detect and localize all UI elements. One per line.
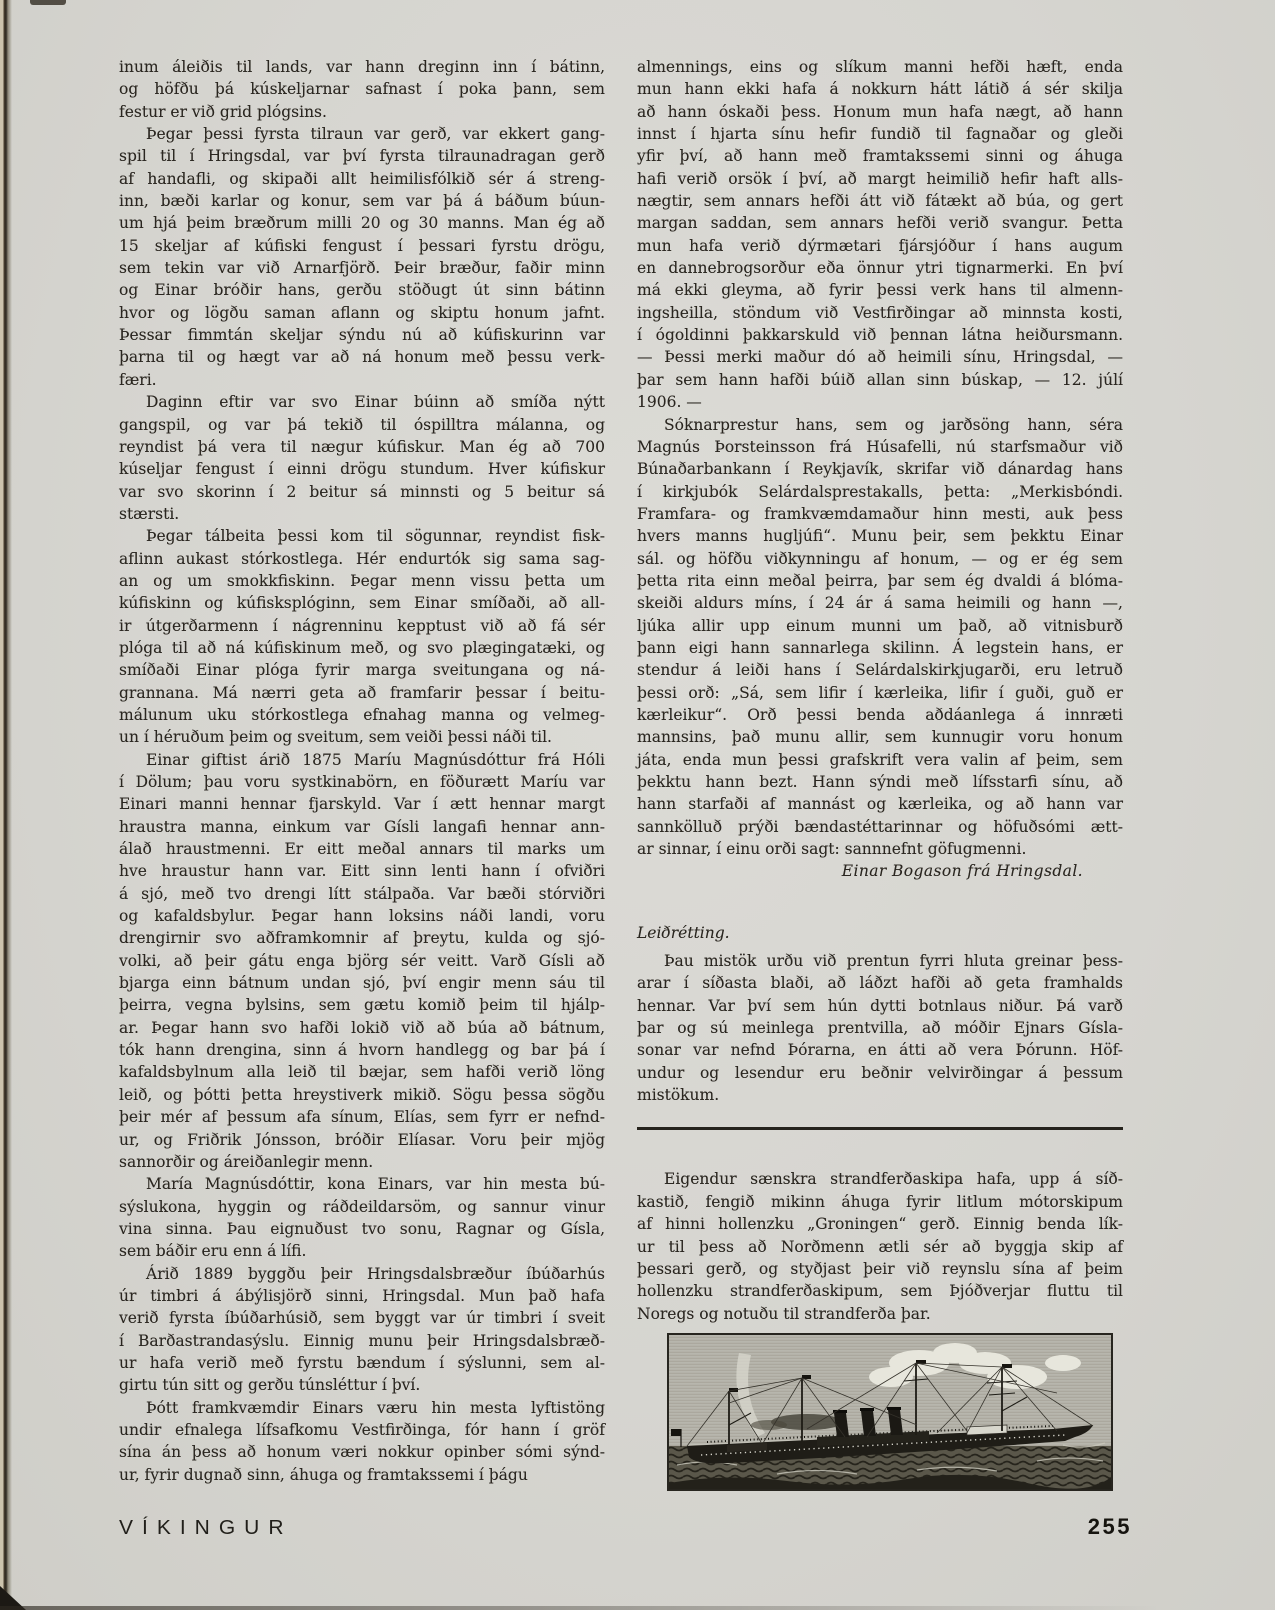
text-line: Eigendur sænskra strandferðaskipa hafa, … xyxy=(637,1168,1123,1190)
right-text-column: almennings, eins og slíkum manni hefði h… xyxy=(637,56,1123,1491)
text-line: álað hraustmenni. Er eitt meðal annars t… xyxy=(119,838,605,860)
text-line: stærsti. xyxy=(119,503,605,525)
paragraph: Árið 1889 byggðu þeir Hringsdalsbræður í… xyxy=(119,1263,605,1397)
text-line: þarna til og hægt var að ná honum með þe… xyxy=(119,346,605,368)
paragraph: Þau mistök urðu við prentun fyrri hluta … xyxy=(637,950,1123,1106)
text-line: plóga til að ná kúfiskinum með, og svo p… xyxy=(119,637,605,659)
paragraph: Sóknarprestur hans, sem og jarðsöng hann… xyxy=(637,414,1123,861)
text-line: þessi orð: „Sá, sem lifir í kærleika, li… xyxy=(637,682,1123,704)
text-line: smíðaði Einar plóga fyrir marga sveitung… xyxy=(119,659,605,681)
text-line: sem báðir eru enn á lífi. xyxy=(119,1240,605,1262)
text-line: drengirnir svo aðframkomnir af þreytu, k… xyxy=(119,927,605,949)
text-line: Framfara- og framkvæmdamaður hinn mesti,… xyxy=(637,503,1123,525)
text-line: sýslukona, hyggin og ráðdeildarsöm, og s… xyxy=(119,1196,605,1218)
text-line: í Barðastrandasýslu. Einnig munu þeir Hr… xyxy=(119,1330,605,1352)
text-line: kærleikur“. Orð þessi benda aðdáanlega á… xyxy=(637,704,1123,726)
paragraph: almennings, eins og slíkum manni hefði h… xyxy=(637,56,1123,414)
text-line: skeiði aldurs míns, í 24 ár á sama heimi… xyxy=(637,592,1123,614)
text-line: hollenzku strandferðaskipum, sem Þjóðver… xyxy=(637,1280,1123,1302)
text-line: an og um smokkfiskinn. Þegar menn vissu … xyxy=(119,570,605,592)
magazine-title: VÍKINGUR xyxy=(119,1517,293,1540)
scan-bottom-edge xyxy=(0,1606,1160,1610)
text-line: aflinn aukast stórkostlega. Hér endurtók… xyxy=(119,548,605,570)
text-line: á sjó, með tvo drengi lítt stálpaða. Var… xyxy=(119,883,605,905)
text-line: ar sinnar, í einu orði sagt: sannnefnt g… xyxy=(637,838,1123,860)
text-line: volki, að þeir gátu enga björg sér veitt… xyxy=(119,950,605,972)
text-line: ir útgerðarmenn í nágrenninu kepptust vi… xyxy=(119,615,605,637)
text-line: hve hraustur hann var. Eitt sinn lenti h… xyxy=(119,860,605,882)
text-line: undir efnalega lífsafkomu Vestfirðinga, … xyxy=(119,1419,605,1441)
text-line: 1906. — xyxy=(637,391,1123,413)
paragraph: Einar giftist árið 1875 Maríu Magnúsdótt… xyxy=(119,749,605,1174)
text-line: en dannebrogsorður eða önnur ytri tignar… xyxy=(637,257,1123,279)
text-line: sál. og höfðu viðkynningu af honum, — og… xyxy=(637,548,1123,570)
section-divider xyxy=(637,1127,1123,1130)
text-line: þann eigi hann sannarlega skilinn. Á leg… xyxy=(637,637,1123,659)
text-line: Þegar þessi fyrsta tilraun var gerð, var… xyxy=(119,123,605,145)
text-line: um hjá þeim bræðrum milli 20 og 30 manns… xyxy=(119,212,605,234)
page-number: 255 xyxy=(1088,1514,1132,1540)
text-line: af hinni hollenzku „Groningen“ gerð. Ein… xyxy=(637,1213,1123,1235)
text-line: hvor og lögðu saman aflann og skiptu hon… xyxy=(119,302,605,324)
text-line: þeirra, vegna bylsins, sem gætu komið þe… xyxy=(119,994,605,1016)
paragraph: Daginn eftir var svo Einar búinn að smíð… xyxy=(119,391,605,525)
text-line: ur hafa verið með fyrstu bændum í sýslun… xyxy=(119,1352,605,1374)
text-line: mistökum. xyxy=(637,1084,1123,1106)
text-line: sannorðir og áreiðanlegir menn. xyxy=(119,1151,605,1173)
text-line: hennar. Var því sem hún dytti botnlaus n… xyxy=(637,995,1123,1017)
text-line: sannkölluð prýði bændastéttarinnar og hö… xyxy=(637,816,1123,838)
text-line: Þessar fimmtán skeljar sýndu nú að kúfis… xyxy=(119,324,605,346)
text-line: játa, enda mun þessi grafskrift vera val… xyxy=(637,749,1123,771)
text-line: Magnús Þorsteinsson frá Húsafelli, nú st… xyxy=(637,436,1123,458)
funnels xyxy=(833,1407,903,1437)
text-line: festur er við grid plógsins. xyxy=(119,101,605,123)
text-line: þar sem hann hafði búið allan sinn búska… xyxy=(637,369,1123,391)
text-line: mannsins, það munu allir, sem kunnugir v… xyxy=(637,726,1123,748)
paragraph: Þegar tálbeita þessi kom til sögunnar, r… xyxy=(119,525,605,748)
text-line: sonar var nefnd Þórarna, en átti að vera… xyxy=(637,1039,1123,1061)
text-line: þetta rita einn meðal þeirra, þar sem ég… xyxy=(637,570,1123,592)
white-deckhouse xyxy=(967,1425,1007,1435)
text-line: og höfðu þá kúskeljarnar safnast í poka … xyxy=(119,78,605,100)
text-line: vina sinna. Þau eignuðust tvo sonu, Ragn… xyxy=(119,1218,605,1240)
text-line: 15 skeljar af kúfiski fengust í þessari … xyxy=(119,235,605,257)
text-line: Búnaðarbankann í Reykjavík, skrifar við … xyxy=(637,458,1123,480)
text-line: Einar giftist árið 1875 Maríu Magnúsdótt… xyxy=(119,749,605,771)
text-line: má ekki gleyma, að fyrir þessi verk hans… xyxy=(637,279,1123,301)
text-line: þar og sú meinlega prentvilla, að móðir … xyxy=(637,1017,1123,1039)
text-line: þessari gerð, og styðjast þeir við reyns… xyxy=(637,1258,1123,1280)
text-line: úr timbri á ábýlisjörð sinni, Hringsdal.… xyxy=(119,1285,605,1307)
text-line: hraustra manna, einkum var Gísli langafi… xyxy=(119,816,605,838)
paragraph: Þótt framkvæmdir Einars væru hin mesta l… xyxy=(119,1397,605,1486)
text-line: María Magnúsdóttir, kona Einars, var hin… xyxy=(119,1173,605,1195)
text-line: kúfiskinn og kúfisksplóginn, sem Einar s… xyxy=(119,592,605,614)
text-line: nægtir, sem annars hefði átt við fátækt … xyxy=(637,190,1123,212)
text-line: bjarga einn bátnum undan sjó, því engir … xyxy=(119,972,605,994)
text-line: spil til í Hringsdal, var því fyrsta til… xyxy=(119,145,605,167)
text-line: Þau mistök urðu við prentun fyrri hluta … xyxy=(637,950,1123,972)
text-line: verið fyrsta íbúðarhúsið, sem byggt var … xyxy=(119,1307,605,1329)
text-line: af handafli, og skipaði allt heimilisfól… xyxy=(119,168,605,190)
ship-engraving xyxy=(667,1333,1113,1491)
text-line: almennings, eins og slíkum manni hefði h… xyxy=(637,56,1123,78)
text-line: arar í síðasta blaði, að láðzt hafði að … xyxy=(637,972,1123,994)
text-line: innst í hjarta sínu hefir fundið til fag… xyxy=(637,123,1123,145)
text-line: þeir mér af þessum afa sínum, Elías, sem… xyxy=(119,1106,605,1128)
text-line: yfir því, að hann með framtakssemi sinni… xyxy=(637,145,1123,167)
text-line: stendur á leiði hans í Selárdalskirkjuga… xyxy=(637,659,1123,681)
text-line: ur til þess að Norðmenn ætli sér að bygg… xyxy=(637,1236,1123,1258)
paragraph: María Magnúsdóttir, kona Einars, var hin… xyxy=(119,1173,605,1262)
text-line: — Þessi merki maður dó að heimili sínu, … xyxy=(637,346,1123,368)
text-line: Þótt framkvæmdir Einars væru hin mesta l… xyxy=(119,1397,605,1419)
text-line: girtu tún sitt og gerðu túnsléttur í því… xyxy=(119,1374,605,1396)
scan-left-edge xyxy=(0,0,12,1610)
text-line: Noregs og notuðu til strandferða þar. xyxy=(637,1303,1123,1325)
text-line: mun hafa verið dýrmætari fjársjóður í ha… xyxy=(637,235,1123,257)
author-signature: Einar Bogason frá Hringsdal. xyxy=(637,860,1123,882)
text-line: grannana. Má nærri geta að framfarir þes… xyxy=(119,682,605,704)
text-line: að hann óskaði þess. Honum mun hafa nægt… xyxy=(637,101,1123,123)
text-line: og kafaldsbylur. Þegar hann loksins náði… xyxy=(119,905,605,927)
text-line: Sóknarprestur hans, sem og jarðsöng hann… xyxy=(637,414,1123,436)
text-line: í Dölum; þau voru systkinabörn, en föður… xyxy=(119,771,605,793)
text-line: Einari manni hennar fjarskyld. Var í ætt… xyxy=(119,793,605,815)
text-line: leið, og þótti þetta hreystiverk mikið. … xyxy=(119,1084,605,1106)
text-line: í ógoldinni þakkarskuld við þennan látna… xyxy=(637,324,1123,346)
text-line: inn, bæði karlar og konur, sem var þá á … xyxy=(119,190,605,212)
text-line: sína án þess að honum væri nokkur opinbe… xyxy=(119,1441,605,1463)
text-line: undur og lesendur eru beðnir velvirðinga… xyxy=(637,1062,1123,1084)
text-line: hvers manns hugljúfi“. Munu þeir, sem þe… xyxy=(637,525,1123,547)
text-line: un í héruðum þeim og sveitum, sem veiði … xyxy=(119,726,605,748)
text-line: Þegar tálbeita þessi kom til sögunnar, r… xyxy=(119,525,605,547)
correction-heading: Leiðrétting. xyxy=(637,922,1123,944)
text-line: kúseljar fengust í einni drögu stundum. … xyxy=(119,458,605,480)
scanned-magazine-page: { "footer": { "magazine_title": "VÍKINGU… xyxy=(0,0,1275,1610)
scan-artifact-top xyxy=(30,0,66,5)
text-line: kastið, fengið mikinn áhuga fyrir litlum… xyxy=(637,1191,1123,1213)
text-line: var svo skorinn í 2 beitur sá minnsti og… xyxy=(119,481,605,503)
text-line: tók hann drengina, sinn á hvorn handlegg… xyxy=(119,1039,605,1061)
text-line: sem tekin var við Arnarfjörð. Þeir bræðu… xyxy=(119,257,605,279)
text-line: reyndist þá vera til nægur kúfiskur. Man… xyxy=(119,436,605,458)
text-line: þekktu hann bezt. Hann sýndi með lífssta… xyxy=(637,771,1123,793)
text-line: í kirkjubók Selárdalsprestakalls, þetta:… xyxy=(637,481,1123,503)
text-line: ur, og Friðrik Jónsson, bróðir Elíasar. … xyxy=(119,1129,605,1151)
text-line: hafi verið orsök í því, að margt heimili… xyxy=(637,168,1123,190)
text-line: ljúka allir upp einum munni um það, að v… xyxy=(637,615,1123,637)
paragraph: Þegar þessi fyrsta tilraun var gerð, var… xyxy=(119,123,605,391)
text-line: inum áleiðis til lands, var hann dreginn… xyxy=(119,56,605,78)
text-line: færi. xyxy=(119,369,605,391)
text-line: gangspil, og var þá tekið til óspilltra … xyxy=(119,414,605,436)
text-line: hann starfaði af mannást og kærleika, og… xyxy=(637,793,1123,815)
paragraph: inum áleiðis til lands, var hann dreginn… xyxy=(119,56,605,123)
text-line: ingsheilla, stöndum við Vestfirðingar að… xyxy=(637,302,1123,324)
left-text-column: inum áleiðis til lands, var hann dreginn… xyxy=(119,56,605,1486)
text-line: mun hann ekki hafa á nokkurn hátt látið … xyxy=(637,78,1123,100)
text-line: ur, fyrir dugnað sinn, áhuga og framtaks… xyxy=(119,1464,605,1486)
text-line: Árið 1889 byggðu þeir Hringsdalsbræður í… xyxy=(119,1263,605,1285)
page-footer: VÍKINGUR 255 xyxy=(119,1514,1132,1540)
text-line: málunum uku stórkostlega efnahag manna o… xyxy=(119,704,605,726)
text-line: Daginn eftir var svo Einar búinn að smíð… xyxy=(119,391,605,413)
text-line: kafaldsbylnum alla leið til bæjar, sem h… xyxy=(119,1061,605,1083)
text-line: og Einar bróðir hans, gerðu stöðugt út s… xyxy=(119,279,605,301)
text-line: ar. Þegar hann svo hafði lokið við að bú… xyxy=(119,1017,605,1039)
paragraph: Eigendur sænskra strandferðaskipa hafa, … xyxy=(637,1168,1123,1324)
text-line: margan saddan, sem annars hefði verið sv… xyxy=(637,212,1123,234)
